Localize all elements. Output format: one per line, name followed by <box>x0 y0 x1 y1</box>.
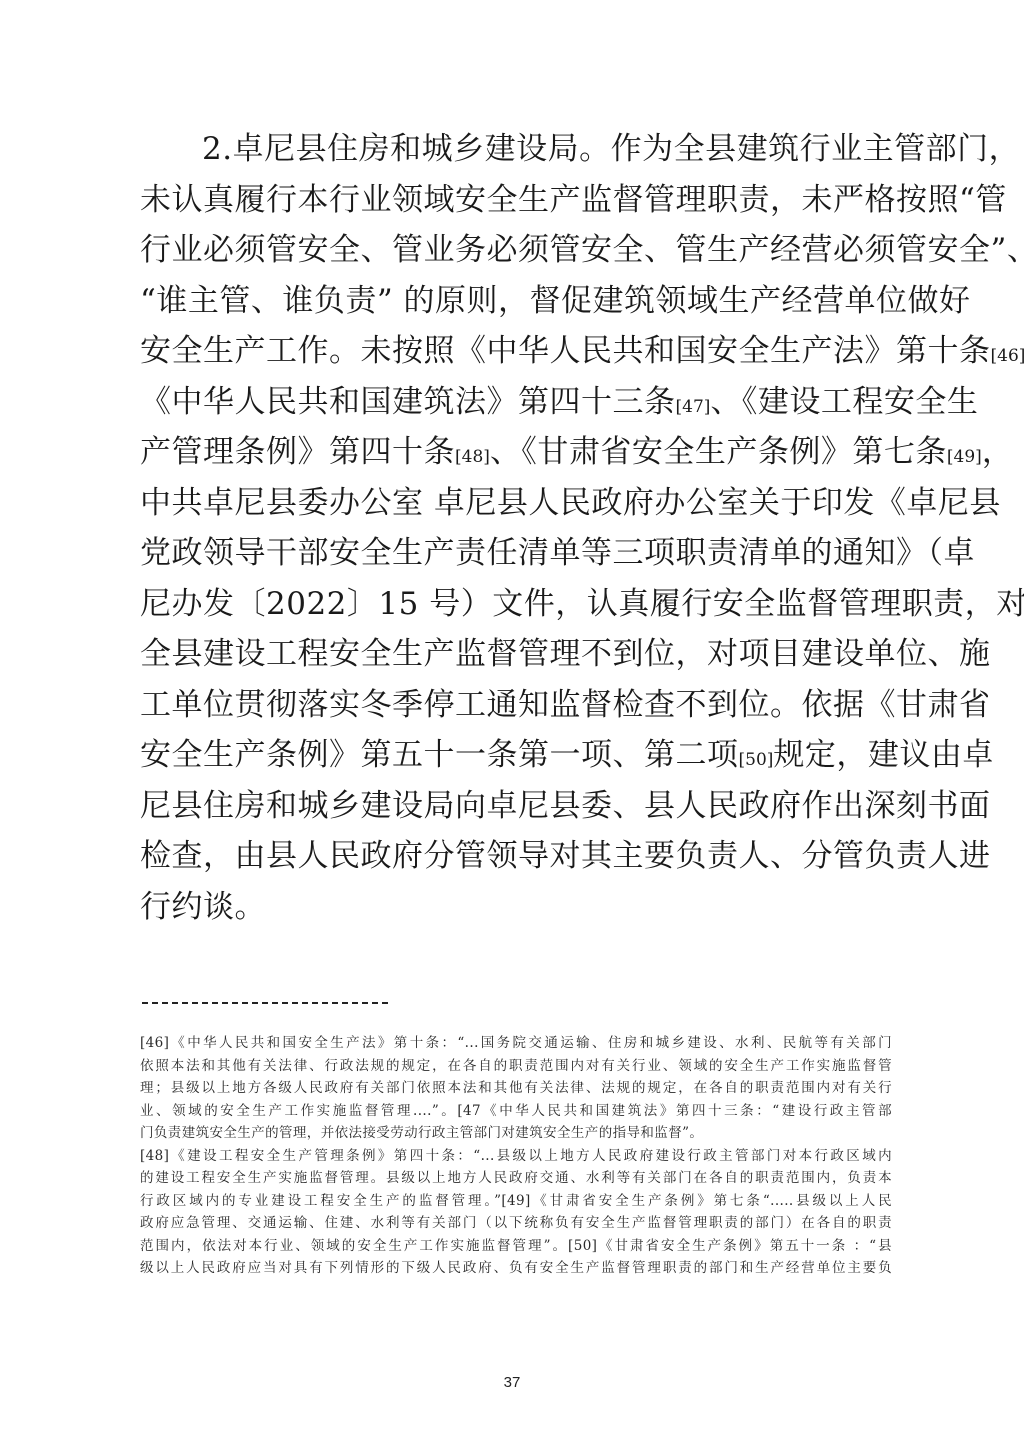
footnote-line: [48]《建设工程安全生产管理条例》第四十条：“...县级以上地方人民政府建设行… <box>140 1145 892 1168</box>
footnote-ref-48[interactable]: [48] <box>455 447 490 467</box>
body-line-text: 《中华人民共和国建筑法》第四十三条 <box>140 384 676 420</box>
body-line: 尼办发〔2022〕15 号）文件，认真履行安全监督管理职责，对 <box>140 579 892 630</box>
body-line-text: 、《建设工程安全生 <box>710 384 978 420</box>
body-line: 党政领导干部安全生产责任清单等三项职责清单的通知》（卓 <box>140 528 892 579</box>
body-line: “谁主管、谁负责” 的原则，督促建筑领域生产经营单位做好 <box>140 276 892 327</box>
body-line: 检查，由县人民政府分管领导对其主要负责人、分管负责人进 <box>140 831 892 882</box>
footnote-line: 理；县级以上地方各级人民政府有关部门依照本法和其他有关法律、法规的规定，在各自的… <box>140 1077 892 1100</box>
footnote-line: 级以上人民政府应当对具有下列情形的下级人民政府、负有安全生产监督管理职责的部门和… <box>140 1257 892 1280</box>
footnote-line: [46]《中华人民共和国安全生产法》第十条：“...国务院交通运输、住房和城乡建… <box>140 1032 892 1055</box>
footnote-ref-49[interactable]: [49] <box>947 447 982 467</box>
body-line: 《中华人民共和国建筑法》第四十三条[47]、《建设工程安全生 <box>140 377 892 428</box>
footnote-line: 范围内，依法对本行业、领域的安全生产工作实施监督管理”。[50]《甘肃省安全生产… <box>140 1235 892 1258</box>
body-line-text: 规定，建议由卓 <box>773 737 994 773</box>
footnote-line: 行政区域内的专业建设工程安全生产的监督管理。”[49]《甘肃省安全生产条例》第七… <box>140 1190 892 1213</box>
body-line: 产管理条例》第四十条[48]、《甘肃省安全生产条例》第七条[49]， <box>140 427 892 478</box>
body-line: 行业必须管安全、管业务必须管安全、管生产经营必须管安全”、 <box>140 225 892 276</box>
body-line: 未认真履行本行业领域安全生产监督管理职责，未严格按照“管 <box>140 175 892 226</box>
body-line: 尼县住房和城乡建设局向卓尼县委、县人民政府作出深刻书面 <box>140 781 892 832</box>
footnote-line: 业、领域的安全生产工作实施监督管理....”。[47《中华人民共和国建筑法》第四… <box>140 1100 892 1123</box>
body-line: 行约谈。 <box>140 882 892 933</box>
body-line-text: 安全生产工作。未按照《中华人民共和国安全生产法》第十条 <box>140 333 991 369</box>
footnote-ref-50[interactable]: [50] <box>739 750 774 770</box>
body-paragraph: 2.卓尼县住房和城乡建设局。作为全县建筑行业主管部门， 未认真履行本行业领域安全… <box>140 124 892 932</box>
body-line: 工单位贯彻落实冬季停工通知监督检查不到位。依据《甘肃省 <box>140 680 892 731</box>
document-page: 2.卓尼县住房和城乡建设局。作为全县建筑行业主管部门， 未认真履行本行业领域安全… <box>0 0 1024 1448</box>
body-line: 安全生产条例》第五十一条第一项、第二项[50]规定，建议由卓 <box>140 730 892 781</box>
page-number: 37 <box>0 1374 1024 1391</box>
footnotes: [46]《中华人民共和国安全生产法》第十条：“...国务院交通运输、住房和城乡建… <box>140 1032 892 1280</box>
footnote-line: 门负责建筑安全生产的管理，并依法接受劳动行政主管部门对建筑安全生产的指导和监督”… <box>140 1122 892 1145</box>
footnote-ref-47[interactable]: [47] <box>676 397 711 417</box>
punctuation: ， <box>982 434 1014 470</box>
footnote-separator <box>142 1002 388 1004</box>
footnote-ref-46[interactable]: [46] <box>991 346 1024 366</box>
body-line: 全县建设工程安全生产监督管理不到位，对项目建设单位、施 <box>140 629 892 680</box>
body-line-text: 安全生产条例》第五十一条第一项、第二项 <box>140 737 739 773</box>
body-line-text: 、《甘肃省安全生产条例》第七条 <box>490 434 947 470</box>
footnote-line: 的建设工程安全生产实施监督管理。县级以上地方人民政府交通、水利等有关部门在各自的… <box>140 1167 892 1190</box>
footnote-line: 政府应急管理、交通运输、住建、水利等有关部门（以下统称负有安全生产监督管理职责的… <box>140 1212 892 1235</box>
body-line: 2.卓尼县住房和城乡建设局。作为全县建筑行业主管部门， <box>140 124 892 175</box>
body-line: 中共卓尼县委办公室 卓尼县人民政府办公室关于印发《卓尼县 <box>140 478 892 529</box>
body-line-text: 产管理条例》第四十条 <box>140 434 455 470</box>
body-line: 安全生产工作。未按照《中华人民共和国安全生产法》第十条[46]、 <box>140 326 892 377</box>
footnote-line: 依照本法和其他有关法律、行政法规的规定，在各自的职责范围内对有关行业、领域的安全… <box>140 1055 892 1078</box>
